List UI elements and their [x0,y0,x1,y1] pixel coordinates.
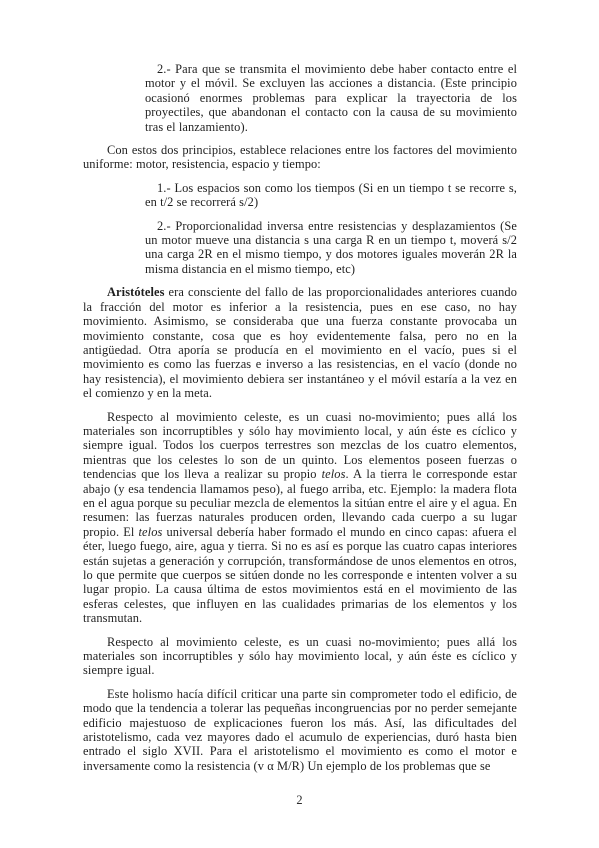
bold-text-run: Aristóteles [107,285,165,299]
document-body: 2.- Para que se transmita el movimiento … [83,62,517,782]
list-item-inverse-proportionality: 2.- Proporcionalidad inversa entre resis… [145,219,517,277]
paragraph-celestial-motion-repeat: Respecto al movimiento celeste, es un cu… [83,635,517,678]
list-item-contact-principle: 2.- Para que se transmita el movimiento … [145,62,517,134]
list-item-spaces-as-times: 1.- Los espacios son como los tiempos (S… [145,181,517,210]
paragraph-holism: Este holismo hacía difícil criticar una … [83,687,517,773]
page-number: 2 [0,793,599,808]
paragraph-aristoteles-flaws: Aristóteles era consciente del fallo de … [83,285,517,400]
text-run: era consciente del fallo de las proporci… [83,285,517,400]
italic-text-run: telos [322,467,346,481]
paragraph-principles-intro: Con estos dos principios, establece rela… [83,143,517,172]
paragraph-celestial-motion: Respecto al movimiento celeste, es un cu… [83,410,517,626]
text-run: universal debería haber formado el mundo… [83,525,517,625]
italic-text-run: telos [139,525,163,539]
document-page: 2.- Para que se transmita el movimiento … [0,0,599,848]
